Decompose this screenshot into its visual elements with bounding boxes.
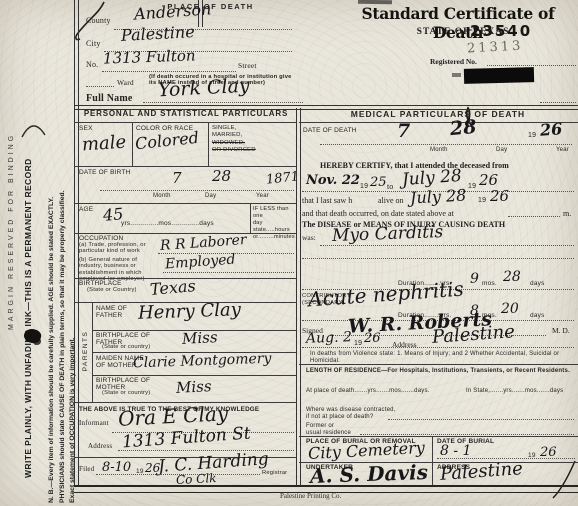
if-less-note: IF LESS than one day state.....hours or.… [253,206,295,241]
rule [508,216,560,217]
sex-value-handwriting: male [81,133,126,154]
rule [388,419,574,420]
dod-month-caption: Month [430,147,448,154]
full-name-label: Full Name [86,93,133,104]
dod-day-handwriting: 28 [449,118,477,139]
parents-vertical-label: PARENTS [82,306,89,396]
contracted-line-1: Where was disease contracted, [306,407,396,414]
printer-credit: Palestine Printing Co. [280,492,341,500]
alive-on-label: alive on [378,196,404,205]
rule [299,364,578,365]
md-label: M. D. [552,326,570,335]
rule [540,102,576,103]
marital-divorced: OR DIVORCED [212,147,256,154]
city-value-handwriting: Palestine [121,24,195,44]
to-year-prefix: 19 [468,183,476,191]
dob-day-handwriting: 28 [212,169,231,184]
rule [208,122,209,166]
father-birthplace-handwriting: Miss [182,330,218,347]
duration1-mos-label: mos. [482,280,497,287]
mother-birthplace-handwriting: Miss [176,379,212,396]
county-label: County [86,17,111,26]
rule [74,203,296,204]
penciled-number: 21313 [467,39,524,57]
rule [163,272,294,273]
street-no-label: No. [86,61,98,70]
birthplace-sublabel: (State or Country) [87,287,137,293]
filed-label: Filed [79,466,94,474]
dob-month-caption: Month [153,193,171,200]
street-no-handwriting: 1313 Fulton [103,48,196,66]
rule [102,71,236,72]
rule [487,65,576,66]
rule [299,122,578,123]
dob-label: DATE OF BIRTH [79,169,130,176]
former-residence-line-1: Former or [306,423,334,430]
was-label: was: [302,233,316,242]
rule [74,233,296,234]
undertaker-signature: A. S. Davis [310,462,429,486]
if-less-line-1: IF LESS than one [253,206,295,220]
m-label: m. [563,209,571,218]
dod-year-prefix: 19 [528,132,536,140]
mother-birthplace-sublabel: (State or country) [102,390,150,396]
rule [320,144,572,145]
residence-at-place: At place of death.......yrs.......mos...… [306,388,456,395]
death-certificate-scan: MARGIN RESERVED FOR BINDING WRITE PLAINL… [0,0,578,506]
dob-day-caption: Day [205,193,216,200]
dod-month-handwriting: 7 [397,122,410,141]
dod-year-caption: Year [556,147,569,154]
rule [143,102,303,103]
city-label: City [86,40,101,49]
rule [86,86,114,87]
medical-section-heading: MEDICAL PARTICULARS OF DEATH [300,110,576,120]
father-birthplace-sublabel: (State or country) [102,344,150,350]
dod-day-caption: Day [496,147,507,154]
dob-year-handwriting: 1871 [265,170,299,186]
redaction-mark [452,73,461,77]
age-units-leaders: yrs..............mos..............days [121,220,214,227]
duration1-days-handwriting: 28 [503,270,521,284]
certificate-number-stamp: 23540 [470,22,532,40]
dod-year-handwriting: 26 [539,121,562,139]
residence-heading: LENGTH OF RESIDENCE—For Hospitals, Insti… [306,368,572,375]
rule [360,434,574,435]
dod-label: DATE OF DEATH [303,127,357,134]
redaction-box [464,67,534,84]
column-divider [296,108,301,486]
if-less-line-2: day state.....hours [253,220,295,234]
father-name-label: NAME OF FATHER [96,305,136,320]
marital-single: SINGLE, [212,125,256,132]
rule [92,375,296,376]
last-saw-year-handwriting: 26 [490,189,509,204]
informant-signature: Ora E Clay [118,403,229,429]
sex-label: SEX [79,125,93,132]
rule [432,436,433,485]
marital-widowed: WIDOWED, [212,140,256,147]
birthplace-handwriting: Texas [149,278,196,298]
marital-married: MARRIED, [212,132,256,139]
informant-address-label: Address [88,443,112,451]
burial-date-handwriting: 8 - 1 [440,444,471,458]
cause-of-death-handwriting: Myo Carditis [332,224,444,245]
occupation-a-label: (a) Trade, profession, or particular kin… [79,242,159,255]
rule [302,258,574,259]
duration1-days-label: days [530,280,545,287]
residence-in-state: In State,.......yrs.......mos.......days [466,388,574,395]
duration2-days-handwriting: 20 [501,302,519,316]
filed-date-handwriting: 8-10 [102,461,131,474]
attended-to-year: 26 [479,173,498,188]
informant-label: Informant [79,420,109,428]
if-less-line-3: or.........minutes [253,234,295,241]
contracted-line-2: if not at place of death? [306,414,373,421]
clerk-title-handwriting: Co Clk [176,472,217,486]
registrar-label: Registrar [262,470,287,476]
last-saw-label: that I last saw h [302,196,352,205]
rule [100,190,294,191]
dob-year-caption: Year [256,193,269,200]
street-label: Street [238,62,257,70]
signed-year-handwriting: 26 [364,332,381,345]
attended-from-year: 25 [370,176,387,189]
rule [302,347,574,348]
last-saw-year-prefix: 19 [478,197,486,205]
personal-section-heading: PERSONAL AND STATISTICAL PARTICULARS [77,110,295,119]
marital-status-options: SINGLE, MARRIED, WIDOWED, OR DIVORCED [212,125,256,155]
registered-no-label: Registered No. [430,57,477,66]
duration1-months-handwriting: 9 [470,272,479,286]
rule [299,436,578,437]
violence-note: In deaths from Violence state: 1. Means … [310,351,572,364]
rule [250,203,251,233]
dob-month-handwriting: 7 [172,171,182,186]
from-year-prefix: 19 [360,183,368,191]
signed-date-handwriting: Aug. 2 [306,330,352,346]
duration2-days-label: days [530,312,545,319]
father-name-handwriting: Henry Clay [138,301,241,323]
rule [132,122,133,166]
rule [74,166,296,167]
last-saw-date-handwriting: July 28 [410,188,467,207]
age-label: AGE [79,206,93,213]
full-name-handwriting: York Clay [158,77,251,101]
ward-label: Ward [117,79,134,87]
attended-from-date: Nov. 22 [306,174,360,187]
to-label: to [387,182,393,191]
rule [320,245,574,246]
rule [74,122,296,123]
death-occurred-label: and that death occurred, on date stated … [302,209,454,218]
